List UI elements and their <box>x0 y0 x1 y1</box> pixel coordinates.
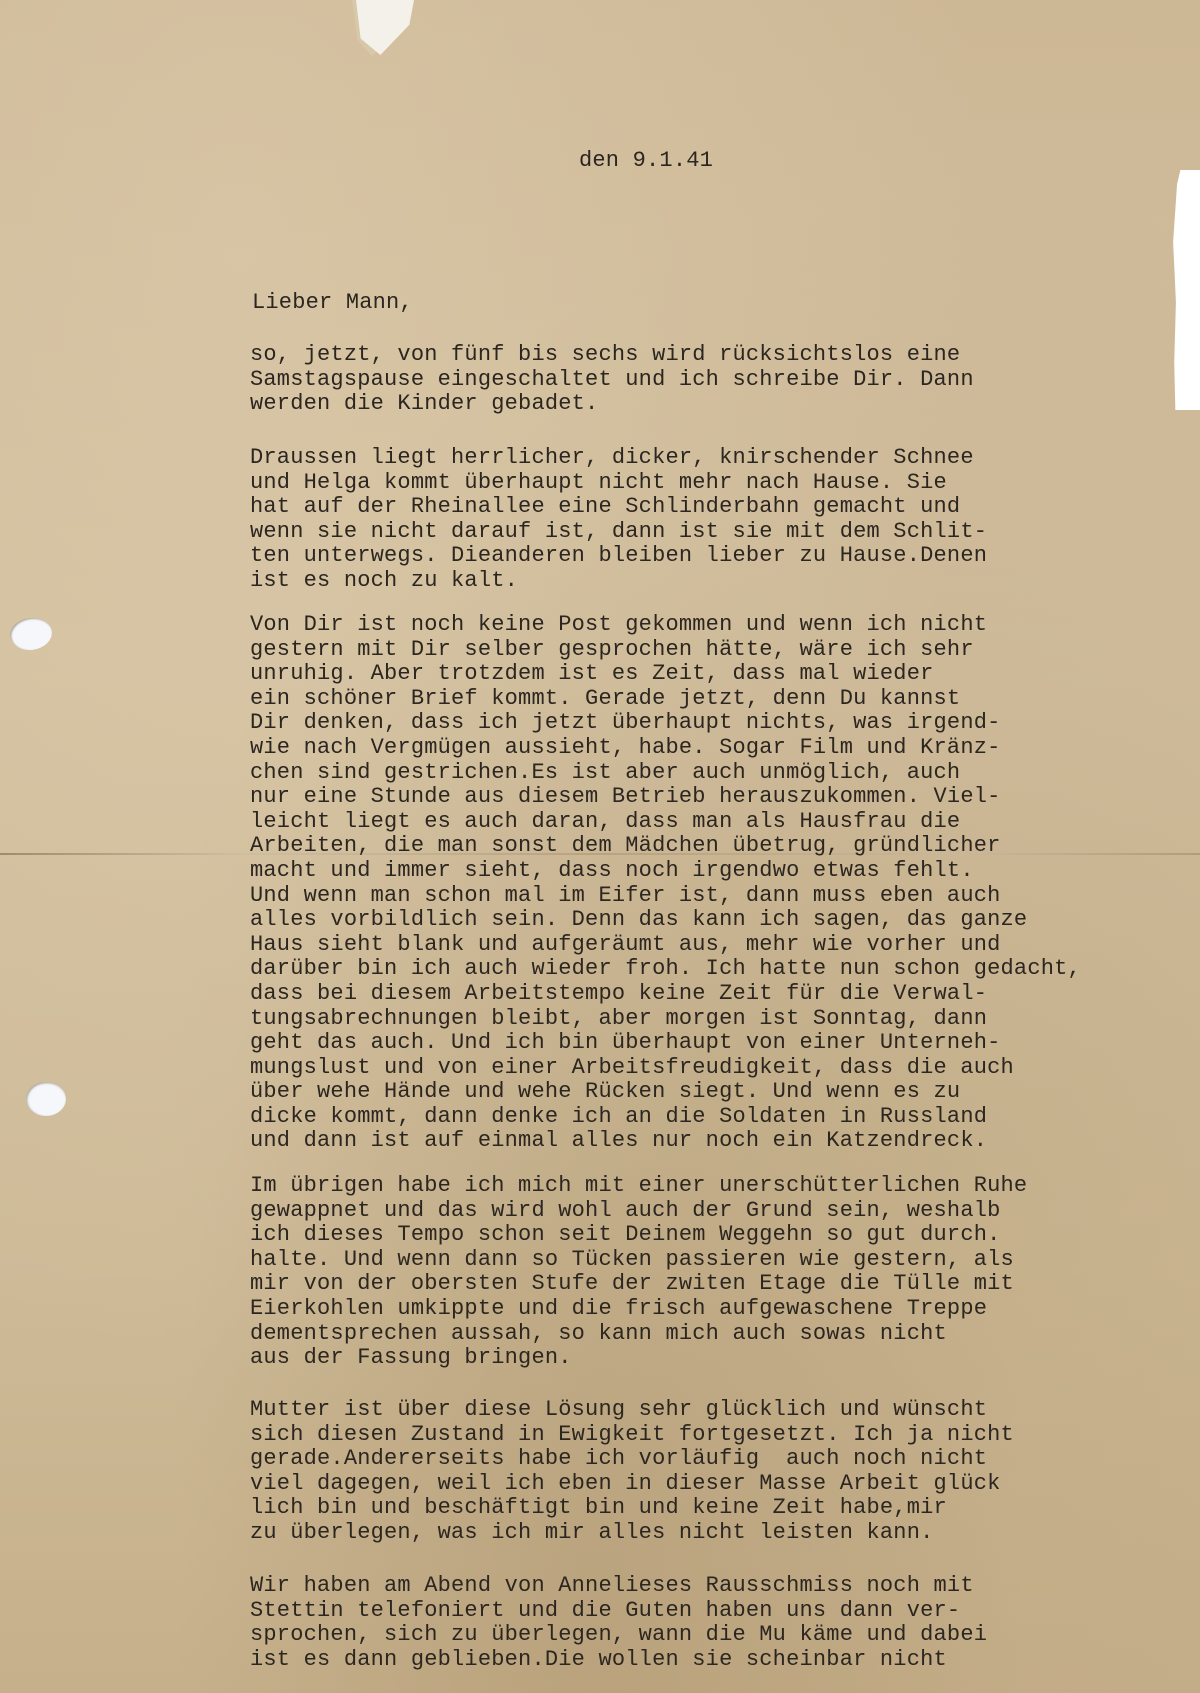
paragraph: Von Dir ist noch keine Post gekommen und… <box>250 613 1081 1154</box>
text-line: viel dagegen, weil ich eben in dieser Ma… <box>250 1472 1014 1497</box>
paragraph: so, jetzt, von fünf bis sechs wird rücks… <box>250 343 974 417</box>
punch-hole <box>26 1082 66 1116</box>
letter-date: den 9.1.41 <box>579 148 713 173</box>
text-line: Stettin telefoniert und die Guten haben … <box>250 1599 987 1624</box>
text-line: dementsprechen aussah, so kann mich auch… <box>250 1322 1027 1347</box>
text-line: darüber bin ich auch wieder froh. Ich ha… <box>250 957 1081 982</box>
text-line: zu überlegen, was ich mir alles nicht le… <box>250 1521 1014 1546</box>
text-line: leicht liegt es auch daran, dass man als… <box>250 810 1081 835</box>
text-line: Arbeiten, die man sonst dem Mädchen übet… <box>250 834 1081 859</box>
text-line: Samstagspause eingeschaltet und ich schr… <box>250 368 974 393</box>
paragraph: Wir haben am Abend von Annelieses Raussc… <box>250 1574 987 1672</box>
text-line: Wir haben am Abend von Annelieses Raussc… <box>250 1574 987 1599</box>
text-line: Draussen liegt herrlicher, dicker, knirs… <box>250 446 987 471</box>
text-line: Von Dir ist noch keine Post gekommen und… <box>250 613 1081 638</box>
text-line: ich dieses Tempo schon seit Deinem Wegge… <box>250 1223 1027 1248</box>
text-line: alles vorbildlich sein. Denn das kann ic… <box>250 908 1081 933</box>
text-line: und Helga kommt überhaupt nicht mehr nac… <box>250 471 987 496</box>
text-line: dass bei diesem Arbeitstempo keine Zeit … <box>250 982 1081 1007</box>
salutation: Lieber Mann, <box>252 290 413 315</box>
text-line: wenn sie nicht darauf ist, dann ist sie … <box>250 520 987 545</box>
text-line: mir von der obersten Stufe der zwiten Et… <box>250 1272 1027 1297</box>
text-line: geht das auch. Und ich bin überhaupt von… <box>250 1031 1081 1056</box>
text-line: werden die Kinder gebadet. <box>250 392 974 417</box>
text-line: und dann ist auf einmal alles nur noch e… <box>250 1129 1081 1154</box>
text-line: nur eine Stunde aus diesem Betrieb herau… <box>250 785 1081 810</box>
text-line: gerade.Andererseits habe ich vorläufig a… <box>250 1447 1014 1472</box>
text-line: ist es noch zu kalt. <box>250 569 987 594</box>
text-line: Mutter ist über diese Lösung sehr glückl… <box>250 1398 1014 1423</box>
text-line: Und wenn man schon mal im Eifer ist, dan… <box>250 884 1081 909</box>
text-line: Dir denken, dass ich jetzt überhaupt nic… <box>250 711 1081 736</box>
paragraph: Draussen liegt herrlicher, dicker, knirs… <box>250 446 987 594</box>
text-line: unruhig. Aber trotzdem ist es Zeit, dass… <box>250 662 1081 687</box>
text-line: so, jetzt, von fünf bis sechs wird rücks… <box>250 343 974 368</box>
text-line: lich bin und beschäftigt bin und keine Z… <box>250 1496 1014 1521</box>
text-line: halte. Und wenn dann so Tücken passieren… <box>250 1248 1027 1273</box>
text-line: sprochen, sich zu überlegen, wann die Mu… <box>250 1623 987 1648</box>
text-line: Eierkohlen umkippte und die frisch aufge… <box>250 1297 1027 1322</box>
text-line: chen sind gestrichen.Es ist aber auch un… <box>250 761 1081 786</box>
text-line: ten unterwegs. Dieanderen bleiben lieber… <box>250 544 987 569</box>
text-line: wie nach Vergmügen aussieht, habe. Sogar… <box>250 736 1081 761</box>
text-line: Haus sieht blank und aufgeräumt aus, meh… <box>250 933 1081 958</box>
text-line: dicke kommt, dann denke ich an die Solda… <box>250 1105 1081 1130</box>
text-line: Im übrigen habe ich mich mit einer uners… <box>250 1174 1027 1199</box>
paragraph: Im übrigen habe ich mich mit einer uners… <box>250 1174 1027 1371</box>
text-line: gestern mit Dir selber gesprochen hätte,… <box>250 638 1081 663</box>
text-line: über wehe Hände und wehe Rücken siegt. U… <box>250 1080 1081 1105</box>
text-line: ein schöner Brief kommt. Gerade jetzt, d… <box>250 687 1081 712</box>
paragraph: Mutter ist über diese Lösung sehr glückl… <box>250 1398 1014 1546</box>
text-line: aus der Fassung bringen. <box>250 1346 1027 1371</box>
torn-right-edge <box>1172 170 1200 410</box>
text-line: tungsabrechnungen bleibt, aber morgen is… <box>250 1007 1081 1032</box>
text-line: ist es dann geblieben.Die wollen sie sch… <box>250 1648 987 1673</box>
text-line: mungslust und von einer Arbeitsfreudigke… <box>250 1056 1081 1081</box>
text-line: macht und immer sieht, dass noch irgendw… <box>250 859 1081 884</box>
text-line: sich diesen Zustand in Ewigkeit fortgese… <box>250 1423 1014 1448</box>
text-line: gewappnet und das wird wohl auch der Gru… <box>250 1199 1027 1224</box>
text-line: hat auf der Rheinallee eine Schlinderbah… <box>250 495 987 520</box>
